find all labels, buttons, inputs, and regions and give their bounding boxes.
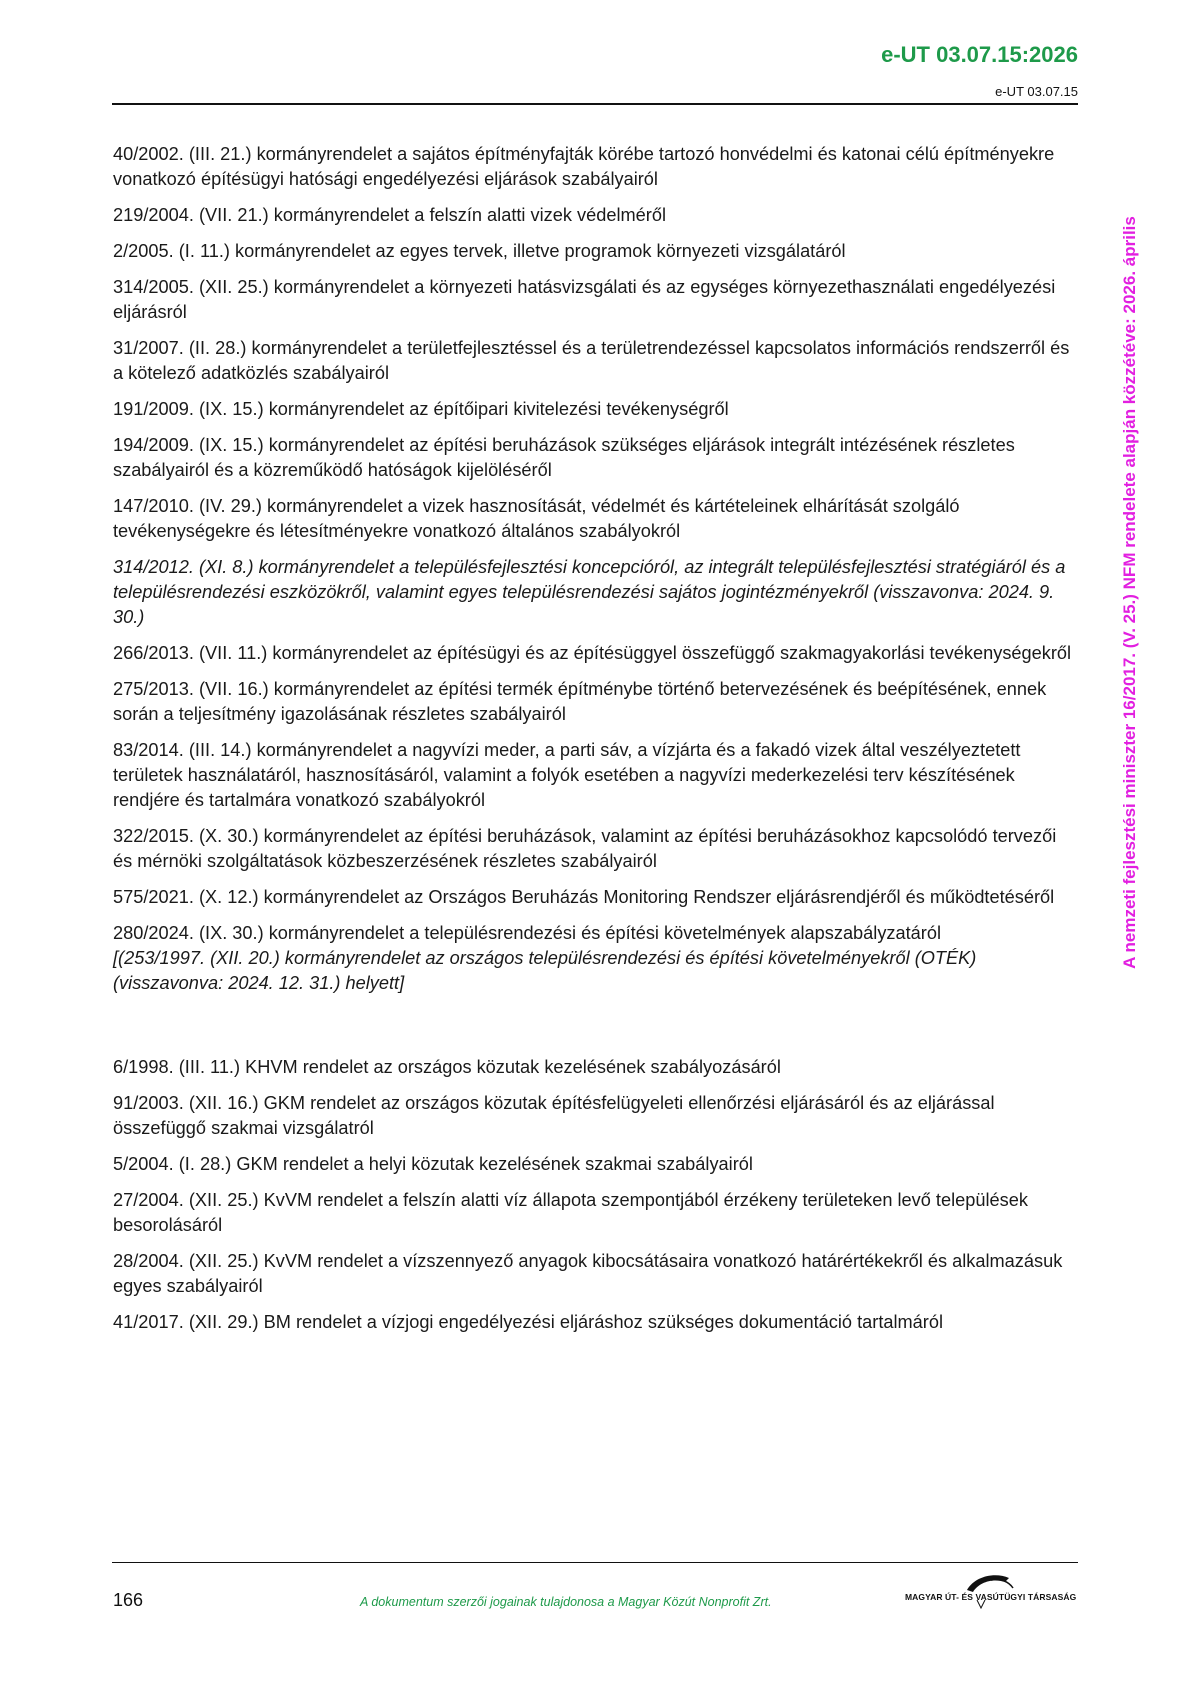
decree-entry: 2/2005. (I. 11.) kormányrendelet az egye… xyxy=(113,239,1078,264)
decree-title: 314/2005. (XII. 25.) kormányrendelet a k… xyxy=(113,277,1055,322)
decree-list: 40/2002. (III. 21.) kormányrendelet a sa… xyxy=(113,142,1078,1346)
logo-text: MAGYAR ÚT- ÉS VASÚTÜGYI TÁRSASÁG xyxy=(905,1592,1076,1602)
decree-entry: 5/2004. (I. 28.) GKM rendelet a helyi kö… xyxy=(113,1152,1078,1177)
decree-replacement-note: [(253/1997. (XII. 20.) kormányrendelet a… xyxy=(113,946,1078,996)
decree-entry: 147/2010. (IV. 29.) kormányrendelet a vi… xyxy=(113,494,1078,544)
decree-entry: 41/2017. (XII. 29.) BM rendelet a vízjog… xyxy=(113,1310,1078,1335)
decree-entry: 83/2014. (III. 14.) kormányrendelet a na… xyxy=(113,738,1078,813)
decree-title: 31/2007. (II. 28.) kormányrendelet a ter… xyxy=(113,338,1069,383)
decree-entry: 31/2007. (II. 28.) kormányrendelet a ter… xyxy=(113,336,1078,386)
decree-entry: 28/2004. (XII. 25.) KvVM rendelet a vízs… xyxy=(113,1249,1078,1299)
header-divider xyxy=(112,103,1078,105)
decree-title: 40/2002. (III. 21.) kormányrendelet a sa… xyxy=(113,144,1054,189)
decree-entry: 191/2009. (IX. 15.) kormányrendelet az é… xyxy=(113,397,1078,422)
decree-title: 219/2004. (VII. 21.) kormányrendelet a f… xyxy=(113,205,666,225)
decree-entry: 91/2003. (XII. 16.) GKM rendelet az orsz… xyxy=(113,1091,1078,1141)
decree-entry: 575/2021. (X. 12.) kormányrendelet az Or… xyxy=(113,885,1078,910)
decree-title: 41/2017. (XII. 29.) BM rendelet a vízjog… xyxy=(113,1312,943,1332)
decree-title: 27/2004. (XII. 25.) KvVM rendelet a fels… xyxy=(113,1190,1028,1235)
decree-entry: 40/2002. (III. 21.) kormányrendelet a sa… xyxy=(113,142,1078,192)
government-decrees: 40/2002. (III. 21.) kormányrendelet a sa… xyxy=(113,142,1078,996)
decree-entry: 266/2013. (VII. 11.) kormányrendelet az … xyxy=(113,641,1078,666)
decree-title: 28/2004. (XII. 25.) KvVM rendelet a vízs… xyxy=(113,1251,1062,1296)
ministerial-decrees: 6/1998. (III. 11.) KHVM rendelet az orsz… xyxy=(113,1055,1078,1335)
decree-entry: 322/2015. (X. 30.) kormányrendelet az ép… xyxy=(113,824,1078,874)
side-note-text: A nemzeti fejlesztési miniszter 16/2017.… xyxy=(1120,145,1140,1040)
decree-title: 5/2004. (I. 28.) GKM rendelet a helyi kö… xyxy=(113,1154,753,1174)
decree-entry: 219/2004. (VII. 21.) kormányrendelet a f… xyxy=(113,203,1078,228)
decree-entry: 6/1998. (III. 11.) KHVM rendelet az orsz… xyxy=(113,1055,1078,1080)
decree-title: 147/2010. (IV. 29.) kormányrendelet a vi… xyxy=(113,496,960,541)
publication-side-note: A nemzeti fejlesztési miniszter 16/2017.… xyxy=(1112,145,1152,1040)
decree-entry: 275/2013. (VII. 16.) kormányrendelet az … xyxy=(113,677,1078,727)
decree-title: 91/2003. (XII. 16.) GKM rendelet az orsz… xyxy=(113,1093,995,1138)
decree-entry: 27/2004. (XII. 25.) KvVM rendelet a fels… xyxy=(113,1188,1078,1238)
page-number: 166 xyxy=(113,1590,143,1611)
decree-entry: 314/2012. (XI. 8.) kormányrendelet a tel… xyxy=(113,555,1078,630)
decree-title: 6/1998. (III. 11.) KHVM rendelet az orsz… xyxy=(113,1057,781,1077)
decree-entry: 194/2009. (IX. 15.) kormányrendelet az é… xyxy=(113,433,1078,483)
decree-title: 2/2005. (I. 11.) kormányrendelet az egye… xyxy=(113,241,846,261)
copyright-notice: A dokumentum szerzői jogainak tulajdonos… xyxy=(360,1595,772,1609)
company-logo: MAGYAR ÚT- ÉS VASÚTÜGYI TÁRSASÁG xyxy=(905,1570,1085,1614)
decree-title: 83/2014. (III. 14.) kormányrendelet a na… xyxy=(113,740,1020,810)
section-spacer xyxy=(113,1007,1078,1055)
decree-title: 266/2013. (VII. 11.) kormányrendelet az … xyxy=(113,643,1071,663)
document-code: e-UT 03.07.15:2026 xyxy=(881,42,1078,68)
decree-title: 575/2021. (X. 12.) kormányrendelet az Or… xyxy=(113,887,1054,907)
decree-entry: 280/2024. (IX. 30.) kormányrendelet a te… xyxy=(113,921,1078,996)
decree-title: 280/2024. (IX. 30.) kormányrendelet a te… xyxy=(113,923,941,943)
decree-title: 314/2012. (XI. 8.) kormányrendelet a tel… xyxy=(113,557,1065,627)
document-subcode: e-UT 03.07.15 xyxy=(995,84,1078,99)
footer-divider xyxy=(112,1562,1078,1563)
decree-title: 275/2013. (VII. 16.) kormányrendelet az … xyxy=(113,679,1046,724)
decree-title: 191/2009. (IX. 15.) kormányrendelet az é… xyxy=(113,399,729,419)
decree-title: 322/2015. (X. 30.) kormányrendelet az ép… xyxy=(113,826,1056,871)
decree-title: 194/2009. (IX. 15.) kormányrendelet az é… xyxy=(113,435,1015,480)
decree-entry: 314/2005. (XII. 25.) kormányrendelet a k… xyxy=(113,275,1078,325)
